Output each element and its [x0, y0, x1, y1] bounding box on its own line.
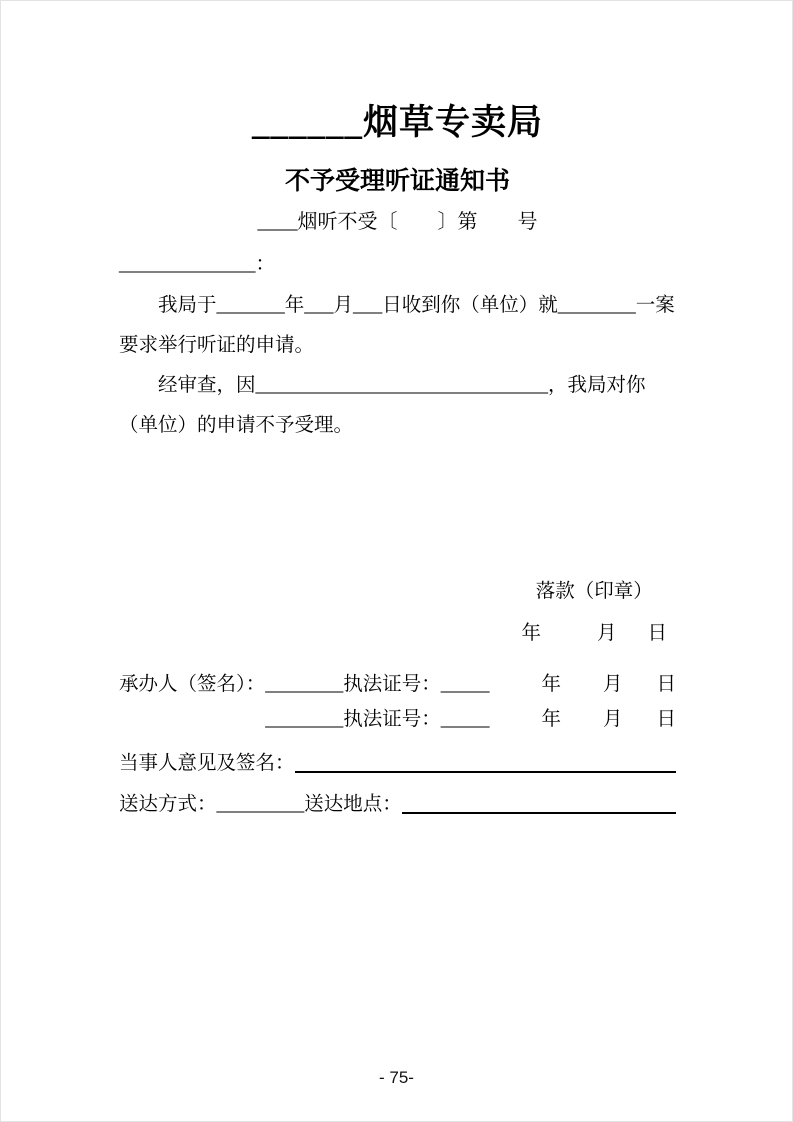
undertaker-label: 承办人（签名）： — [119, 670, 265, 700]
undertaker-row: 承办人（签名）：________执法证号：_____ 年月日 — [119, 705, 676, 735]
undertaker-signature-blank: ________ — [265, 670, 343, 700]
day-label: 日 — [647, 623, 667, 644]
cert-number-blank: _____ — [441, 670, 490, 700]
signature-block: 落款（印章） 年月日 — [521, 578, 667, 648]
day-label: 日 — [656, 674, 676, 695]
month-label: 月 — [597, 623, 617, 644]
addressee-line: ______________： — [119, 252, 676, 278]
bureau-name: 烟草专卖局 — [363, 103, 543, 142]
cert-number-label: 执法证号： — [343, 670, 441, 700]
party-opinion-blank-line — [295, 771, 676, 773]
document-page: ______烟草专卖局 不予受理听证通知书 ____烟听不受〔 〕第 号 ___… — [0, 0, 793, 1122]
body-text: 我局于_______年___月___日收到你（单位）就________一案 要求… — [119, 286, 676, 446]
party-opinion-label: 当事人意见及签名： — [119, 749, 295, 779]
date-group: 年月日 — [541, 705, 676, 735]
body-line: 经审查，因______________________________，我局对你 — [119, 366, 676, 406]
delivery-location-blank-line — [402, 812, 676, 814]
body-line: （单位）的申请不予受理。 — [119, 406, 676, 446]
date-group: 年月日 — [541, 670, 676, 700]
delivery-location-label: 送达地点： — [304, 790, 402, 820]
year-label: 年 — [521, 623, 541, 644]
delivery-method-blank: _________ — [217, 790, 305, 820]
undertaker-row: 承办人（签名）：________执法证号：_____ 年月日 — [119, 670, 676, 700]
year-label: 年 — [541, 674, 561, 695]
cert-number-label: 执法证号： — [343, 705, 441, 735]
body-line: 要求举行听证的申请。 — [119, 326, 676, 366]
body-line: 我局于_______年___月___日收到你（单位）就________一案 — [119, 286, 676, 326]
page-title: ______烟草专卖局 — [119, 101, 676, 145]
day-label: 日 — [656, 709, 676, 730]
doc-number-line: ____烟听不受〔 〕第 号 — [119, 209, 676, 235]
year-label: 年 — [541, 709, 561, 730]
undertaker-signature-blank: ________ — [265, 705, 343, 735]
spacer — [490, 705, 542, 735]
seal-label: 落款（印章） — [521, 578, 667, 606]
delivery-method-label: 送达方式： — [119, 790, 217, 820]
bureau-name-blank: ______ — [252, 103, 363, 142]
cert-number-blank: _____ — [441, 705, 490, 735]
page-number: - 75- — [1, 1067, 792, 1089]
signature-date-row: 年月日 — [521, 620, 667, 648]
doc-subtitle: 不予受理听证通知书 — [119, 165, 676, 197]
spacer — [490, 670, 542, 700]
month-label: 月 — [603, 674, 623, 695]
document-content: ______烟草专卖局 不予受理听证通知书 ____烟听不受〔 〕第 号 ___… — [1, 101, 792, 820]
party-opinion-row: 当事人意见及签名： — [119, 749, 676, 779]
month-label: 月 — [603, 709, 623, 730]
delivery-row: 送达方式：_________送达地点： — [119, 790, 676, 820]
